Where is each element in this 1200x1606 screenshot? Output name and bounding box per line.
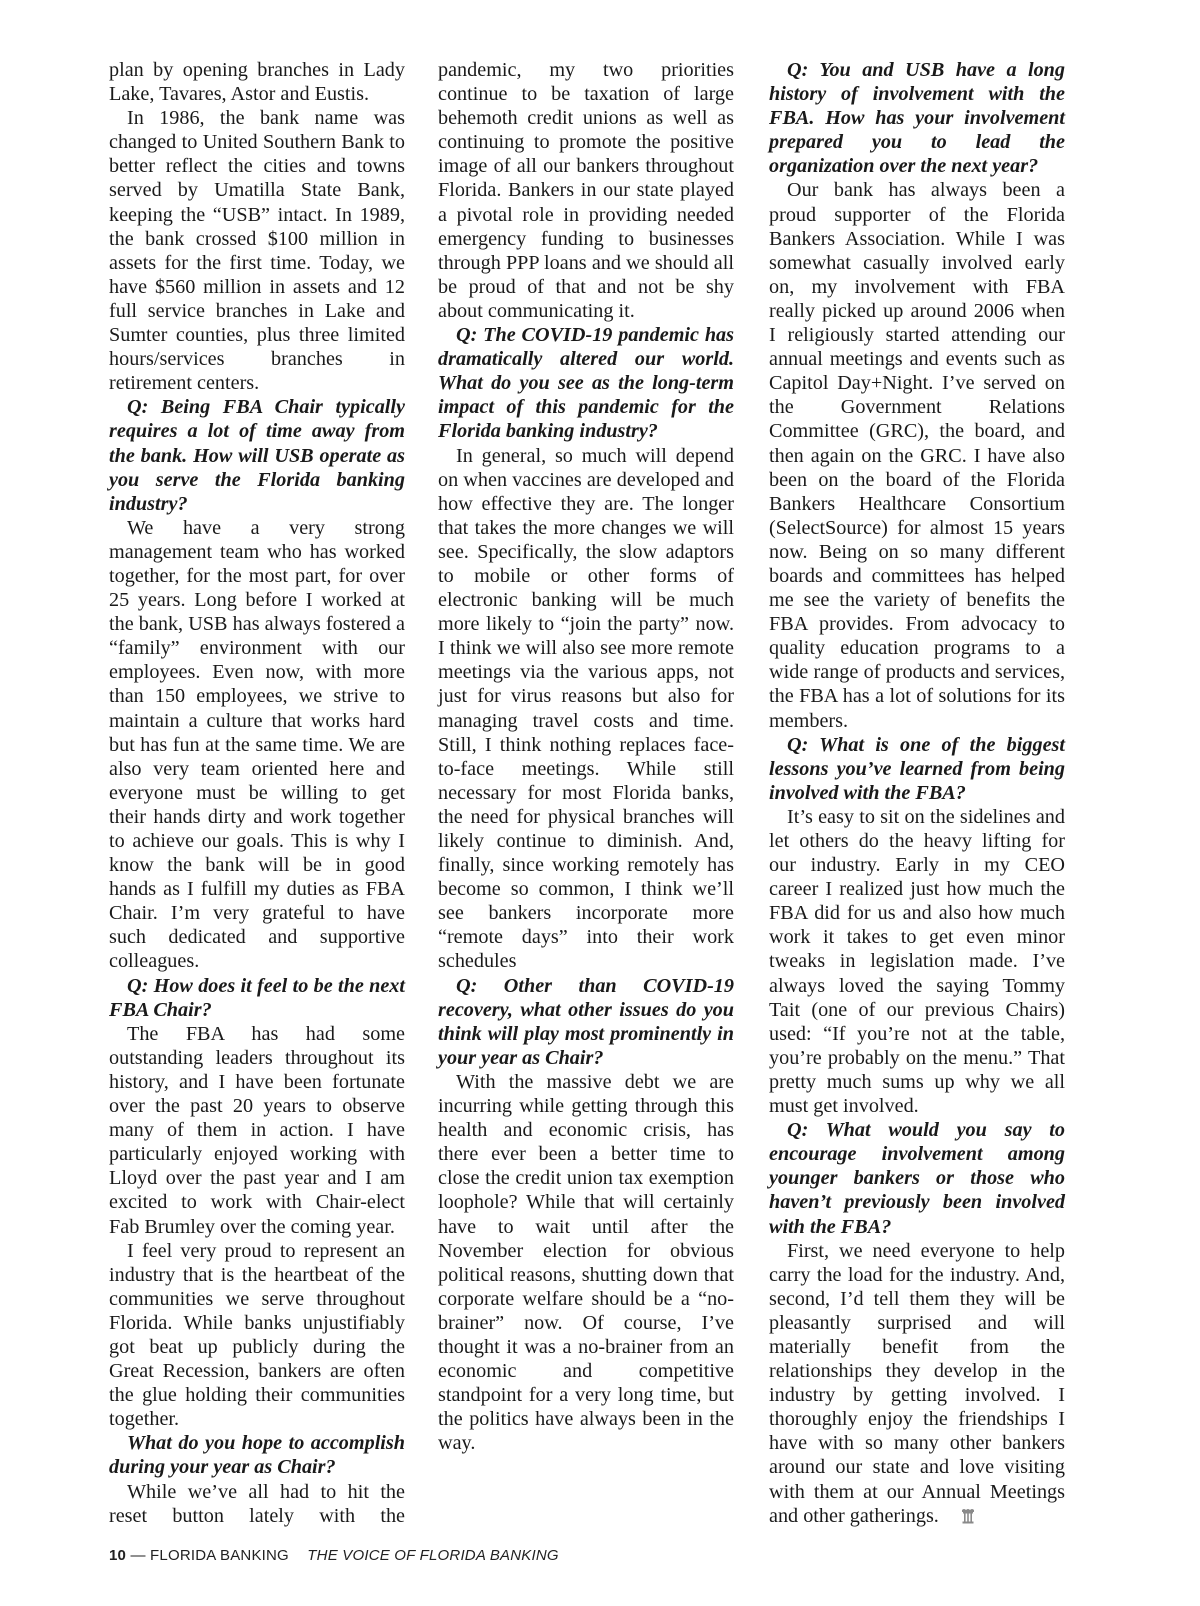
publication-tagline: THE VOICE OF FLORIDA BANKING xyxy=(307,1547,558,1564)
body-paragraph: With the massive debt we are incurring w… xyxy=(438,1070,734,1456)
body-paragraph: It’s easy to sit on the sidelines and le… xyxy=(769,805,1065,1118)
column-end-mark-icon xyxy=(943,1506,957,1522)
article-column-2: pandemic, my two priorities continue to … xyxy=(438,58,734,1455)
interview-question: Q: You and USB have a long history of in… xyxy=(769,58,1065,178)
page-footer: 10 — FLORIDA BANKING THE VOICE OF FLORID… xyxy=(109,1547,559,1564)
article-column-3: Q: You and USB have a long history of in… xyxy=(769,58,1065,1528)
body-paragraph: While we’ve all had to hit the reset but… xyxy=(109,1480,405,1528)
body-paragraph: In general, so much will depend on when … xyxy=(438,444,734,974)
interview-question: Q: The COVID-19 pandemic has dramaticall… xyxy=(438,323,734,443)
publication-name: FLORIDA BANKING xyxy=(150,1547,289,1564)
interview-question: Q: What would you say to encourage invol… xyxy=(769,1118,1065,1238)
interview-question: Q: Other than COVID-19 recovery, what ot… xyxy=(438,974,734,1070)
body-paragraph: I feel very proud to represent an indust… xyxy=(109,1239,405,1432)
body-paragraph: pandemic, my two priorities continue to … xyxy=(438,58,734,323)
interview-question: What do you hope to accomplish during yo… xyxy=(109,1431,405,1479)
interview-question: Q: What is one of the biggest lessons yo… xyxy=(769,733,1065,805)
body-paragraph: plan by opening branches in Lady Lake, T… xyxy=(109,58,405,106)
footer-separator: — xyxy=(130,1547,145,1564)
body-paragraph: First, we need everyone to help carry th… xyxy=(769,1239,1065,1528)
interview-question: Q: How does it feel to be the next FBA C… xyxy=(109,974,405,1022)
magazine-page: plan by opening branches in Lady Lake, T… xyxy=(0,0,1200,1606)
interview-question: Q: Being FBA Chair typically requires a … xyxy=(109,395,405,515)
body-paragraph: The FBA has had some outstanding leaders… xyxy=(109,1022,405,1239)
body-paragraph: We have a very strong management team wh… xyxy=(109,516,405,974)
article-column-1: plan by opening branches in Lady Lake, T… xyxy=(109,58,405,1528)
body-paragraph: In 1986, the bank name was changed to Un… xyxy=(109,106,405,395)
closing-paragraph-text: First, we need everyone to help carry th… xyxy=(769,1240,1065,1527)
body-paragraph: Our bank has always been a proud support… xyxy=(769,178,1065,732)
page-number: 10 xyxy=(109,1547,126,1564)
